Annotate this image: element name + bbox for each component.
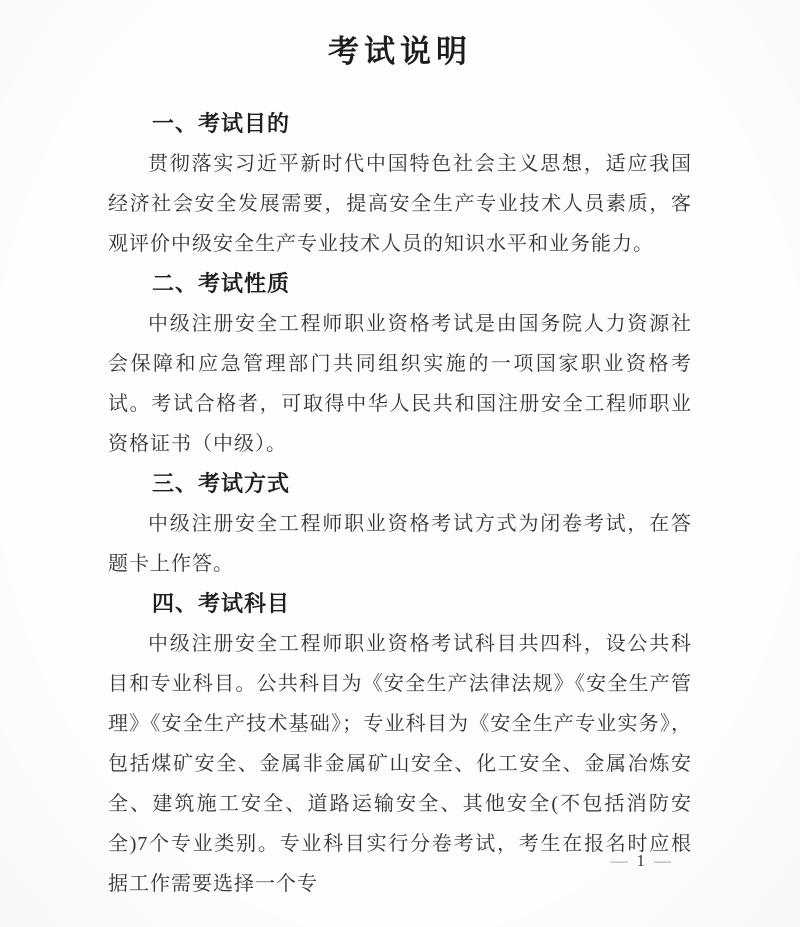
section-exam-purpose: 一、考试目的 贯彻落实习近平新时代中国特色社会主义思想，适应我国经济社会安全发展… — [108, 104, 692, 264]
document-page: 考试说明 一、考试目的 贯彻落实习近平新时代中国特色社会主义思想，适应我国经济社… — [0, 0, 800, 927]
paragraph-exam-method: 中级注册安全工程师职业资格考试方式为闭卷考试，在答题卡上作答。 — [108, 504, 692, 584]
document-body: 一、考试目的 贯彻落实习近平新时代中国特色社会主义思想，适应我国经济社会安全发展… — [108, 104, 692, 904]
section-exam-method: 三、考试方式 中级注册安全工程师职业资格考试方式为闭卷考试，在答题卡上作答。 — [108, 464, 692, 584]
footer-left-dash: — — [604, 851, 637, 870]
section-heading-exam-purpose: 一、考试目的 — [108, 104, 692, 144]
page-number: —1— — [604, 851, 681, 871]
section-heading-exam-nature: 二、考试性质 — [108, 264, 692, 304]
footer-right-dash: — — [647, 851, 680, 870]
section-heading-exam-subjects: 四、考试科目 — [108, 584, 692, 624]
section-exam-nature: 二、考试性质 中级注册安全工程师职业资格考试是由国务院人力资源社会保障和应急管理… — [108, 264, 692, 464]
paragraph-exam-purpose: 贯彻落实习近平新时代中国特色社会主义思想，适应我国经济社会安全发展需要，提高安全… — [108, 144, 692, 264]
paragraph-exam-nature: 中级注册安全工程师职业资格考试是由国务院人力资源社会保障和应急管理部门共同组织实… — [108, 304, 692, 464]
section-heading-exam-method: 三、考试方式 — [108, 464, 692, 504]
footer-page-number: 1 — [637, 851, 648, 870]
page-title: 考试说明 — [0, 0, 800, 74]
